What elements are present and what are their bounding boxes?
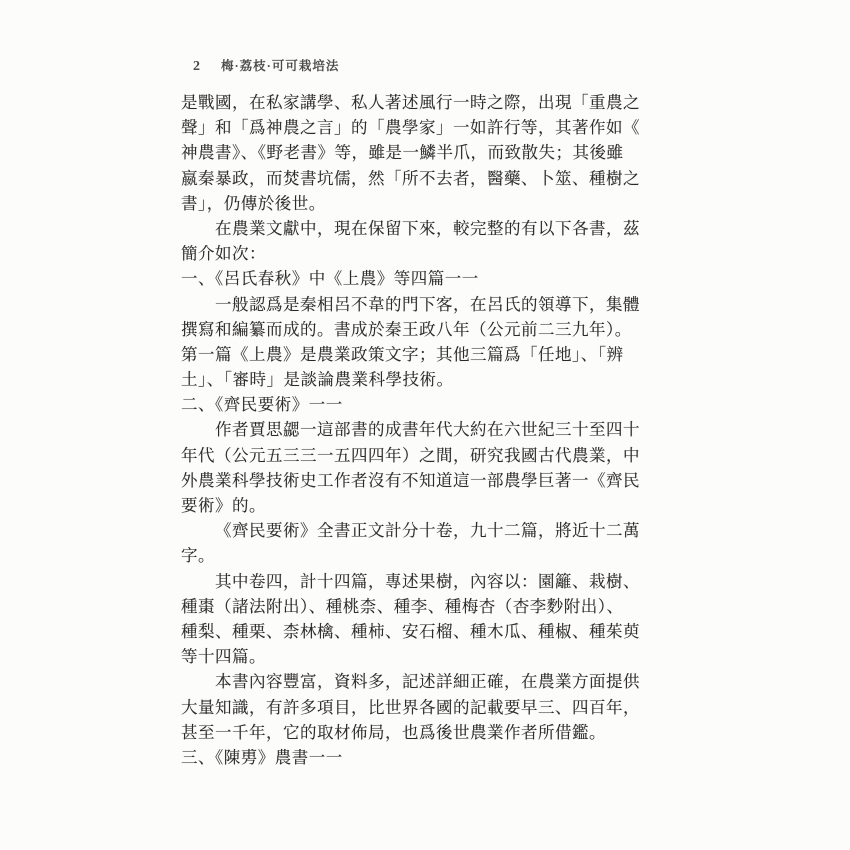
body-line: 年代（公元五三三一五四四年）之間，研究我國古代農業，中 bbox=[181, 443, 651, 468]
body-line: 甚至一千年，它的取材佈局，也爲後世農業作者所借鑑。 bbox=[181, 720, 651, 745]
body-line: 三、《陳旉》農書一一 bbox=[181, 745, 651, 770]
body-line: 一、《呂氏春秋》中《上農》等四篇一一 bbox=[181, 266, 651, 291]
body-line: 其中卷四，計十四篇，專述果樹，內容以：園籬、栽樹、 bbox=[181, 569, 651, 594]
body-line: 二、《齊民要術》一一 bbox=[181, 392, 651, 417]
page-number: 2 bbox=[193, 59, 200, 75]
body-line: 外農業科學技術史工作者沒有不知道這一部農學巨著一《齊民 bbox=[181, 468, 651, 493]
body-line: 土」、「審時」是談論農業科學技術。 bbox=[181, 367, 651, 392]
body-line: 撰寫和編纂而成的。書成於秦王政八年（公元前二三九年）。 bbox=[181, 317, 651, 342]
body-line: 字。 bbox=[181, 543, 651, 568]
page-body: 是戰國，在私家講學、私人著述風行一時之際，出現「重農之聲」和「爲神農之言」的「農… bbox=[181, 90, 651, 770]
running-header: 2 梅·荔枝·可可栽培法 bbox=[193, 58, 339, 75]
body-line: 一般認爲是秦相呂不韋的門下客，在呂氏的領導下，集體 bbox=[181, 292, 651, 317]
body-line: 作者賈思勰一這部書的成書年代大約在六世紀三十至四十 bbox=[181, 417, 651, 442]
body-line: 要術》的。 bbox=[181, 493, 651, 518]
body-line: 在農業文獻中，現在保留下來，較完整的有以下各書，茲 bbox=[181, 216, 651, 241]
body-line: 等十四篇。 bbox=[181, 644, 651, 669]
body-line: 聲」和「爲神農之言」的「農學家」一如許行等，其著作如《 bbox=[181, 115, 651, 140]
body-line: 《齊民要術》全書正文計分十卷，九十二篇，將近十二萬 bbox=[181, 518, 651, 543]
body-line: 第一篇《上農》是農業政策文字；其他三篇爲「任地」、「辨 bbox=[181, 342, 651, 367]
body-line: 大量知識，有許多項目，比世界各國的記載要早三、四百年， bbox=[181, 695, 651, 720]
body-line: 嬴秦暴政，而焚書坑儒，然「所不去者，醫藥、卜筮、種樹之 bbox=[181, 166, 651, 191]
body-line: 神農書》、《野老書》等，雖是一鱗半爪，而致散失；其後雖 bbox=[181, 140, 651, 165]
body-line: 是戰國，在私家講學、私人著述風行一時之際，出現「重農之 bbox=[181, 90, 651, 115]
book-title: 梅·荔枝·可可栽培法 bbox=[221, 58, 339, 74]
body-line: 書」，仍傳於後世。 bbox=[181, 191, 651, 216]
body-line: 種棗（諸法附出）、種桃柰、種李、種梅杏（杏李麨附出）、 bbox=[181, 594, 651, 619]
scanned-book-page: 2 梅·荔枝·可可栽培法 是戰國，在私家講學、私人著述風行一時之際，出現「重農之… bbox=[0, 0, 850, 850]
body-line: 簡介如次： bbox=[181, 241, 651, 266]
body-line: 本書內容豐富，資料多，記述詳細正確，在農業方面提供 bbox=[181, 669, 651, 694]
body-line: 種梨、種栗、柰林檎、種柿、安石榴、種木瓜、種椒、種茱萸 bbox=[181, 619, 651, 644]
